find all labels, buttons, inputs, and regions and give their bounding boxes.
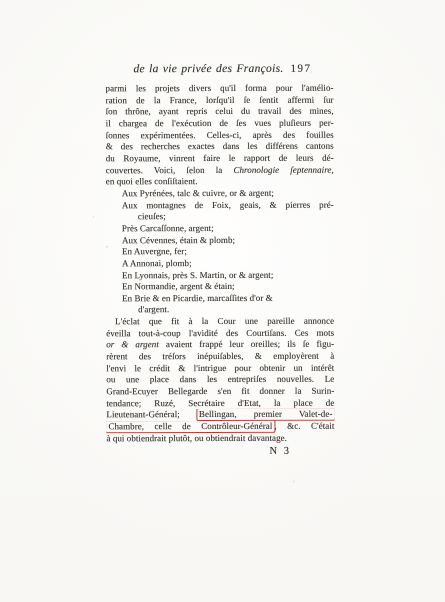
text-column: de la vie privée des François. 197 parmi…: [105, 62, 334, 458]
text-segment: or & argent: [106, 340, 159, 350]
text-segment: l'envi le crédit & l'intrigue pour obten…: [106, 362, 334, 373]
text-segment: Chronologie ſeptennaire: [233, 164, 331, 174]
text-segment: d'argent.: [138, 305, 169, 315]
text-segment: En Lyonnais, près S. Martin, or & argent…: [122, 269, 273, 279]
text-segment: Grand-Ecuyer Bellegarde s'en fit donner …: [106, 386, 334, 397]
text-line: En Lyonnais, près S. Martin, or & argent…: [106, 269, 334, 281]
page-number: 197: [290, 62, 311, 76]
text-segment: Aux montagnes de Foix, geais, & pierres …: [122, 199, 334, 210]
text-segment: A Annonai, plomb;: [122, 258, 192, 268]
text-line: Aux Cévennes, étain & plomb;: [106, 234, 334, 246]
text-line: Grand-Ecuyer Bellegarde s'en fit donner …: [106, 386, 334, 398]
text-segment: éveilla tout-à-coup l'avidité des Courti…: [106, 327, 334, 338]
text-line: ration de la France, lorſqu'il ſe ſentit…: [106, 94, 334, 106]
text-line: Chambre, celle de Contrôleur-Général, &c…: [106, 421, 334, 433]
text-line: en quoi elles conſiſtaient.: [106, 176, 334, 188]
text-segment: ration de la France, lorſqu'il ſe ſentit…: [106, 94, 334, 105]
text-segment: & des recherches exactes dans les différ…: [106, 141, 334, 152]
text-line: En Normandie, argent & étain;: [106, 281, 334, 293]
text-segment: , &c. C'était: [274, 421, 334, 431]
text-line: du Royaume, vinrent faire le rapport de …: [106, 153, 334, 165]
text-line: & des recherches exactes dans les différ…: [106, 141, 334, 153]
text-line: ſonnes expérimentées. Celles-ci, après d…: [106, 129, 334, 141]
text-segment: couvertes. Voici, ſelon la: [106, 165, 234, 175]
text-segment: avaient frappé leur oreilles; ils ſe fig…: [159, 339, 334, 349]
text-segment: En Auvergne, fer;: [122, 246, 187, 256]
text-line: Lieutenant-Général; Bellingan, premier V…: [106, 409, 334, 421]
text-segment: parmi les projets divers qu'il forma pou…: [106, 83, 334, 94]
red-annotation-box: Chambre, celle de Contrôleur-Général: [106, 421, 275, 433]
red-annotation-box: Bellingan, premier Valet-de-: [196, 409, 335, 421]
text-line: En Auvergne, fer;: [106, 246, 334, 258]
text-segment: ,: [331, 164, 333, 174]
text-segment: ſon thrône, ayant repris celui du travai…: [106, 106, 334, 117]
signature-mark: N 3: [106, 446, 334, 458]
text-segment: ſonnes expérimentées. Celles-ci, après d…: [106, 129, 334, 140]
text-line: à qui obtiendrait plutôt, ou obtiendrait…: [106, 432, 334, 444]
text-segment: cieuſes;: [138, 211, 166, 221]
text-segment: En Brie & en Picardie, marcaſſites d'or …: [122, 293, 273, 303]
text-line: rèrent des tréſors inépuiſables, & emplo…: [106, 351, 334, 363]
text-segment: il chargea de l'exécution de ſes vues pl…: [106, 118, 334, 129]
text-segment: L'éclat que fit à la Cour une pareille a…: [115, 316, 334, 327]
text-line: d'argent.: [106, 304, 334, 316]
text-segment: Aux Cévennes, étain & plomb;: [122, 234, 235, 244]
text-line: Aux Pyrénées, talc & cuivre, or & argent…: [106, 188, 334, 200]
text-line: ou une place dans les entrepriſes nouvel…: [106, 374, 334, 386]
text-segment: à qui obtiendrait plutôt, ou obtiendrait…: [106, 433, 287, 443]
text-line: A Annonai, plomb;: [106, 258, 334, 270]
text-segment: Près Carcaſſonne, argent;: [122, 223, 214, 233]
text-line: tendance; Ruzé, Secrétaire d'Etat, la pl…: [106, 397, 334, 409]
text-segment: rèrent des tréſors inépuiſables, & emplo…: [106, 351, 334, 362]
text-line: éveilla tout-à-coup l'avidité des Courti…: [106, 327, 334, 339]
text-line: Près Carcaſſonne, argent;: [106, 223, 334, 235]
text-line: couvertes. Voici, ſelon la Chronologie ſ…: [106, 164, 334, 176]
text-segment: en quoi elles conſiſtaient.: [106, 176, 198, 186]
text-line: Aux montagnes de Foix, geais, & pierres …: [106, 199, 334, 211]
text-segment: tendance; Ruzé, Secrétaire d'Etat, la pl…: [106, 397, 334, 408]
text-line: il chargea de l'exécution de ſes vues pl…: [106, 118, 334, 130]
text-segment: ou une place dans les entrepriſes nouvel…: [106, 374, 334, 385]
text-segment: Lieutenant-Général;: [106, 409, 197, 419]
text-segment: du Royaume, vinrent faire le rapport de …: [106, 153, 334, 164]
text-segment: En Normandie, argent & étain;: [122, 281, 235, 291]
running-header: de la vie privée des François. 197: [105, 62, 333, 77]
text-line: En Brie & en Picardie, marcaſſites d'or …: [106, 293, 334, 305]
text-line: ſon thrône, ayant repris celui du travai…: [106, 106, 334, 118]
text-segment: Aux Pyrénées, talc & cuivre, or & argent…: [122, 188, 274, 198]
running-header-title: de la vie privée des François.: [133, 62, 283, 76]
book-page-scan: de la vie privée des François. 197 parmi…: [0, 0, 445, 602]
text-line: L'éclat que fit à la Cour une pareille a…: [106, 316, 334, 328]
text-line: or & argent avaient frappé leur oreilles…: [106, 339, 334, 351]
text-line: cieuſes;: [106, 211, 334, 223]
text-line: parmi les projets divers qu'il forma pou…: [106, 83, 334, 95]
text-line: l'envi le crédit & l'intrigue pour obten…: [106, 362, 334, 374]
body-text: parmi les projets divers qu'il forma pou…: [106, 83, 335, 445]
